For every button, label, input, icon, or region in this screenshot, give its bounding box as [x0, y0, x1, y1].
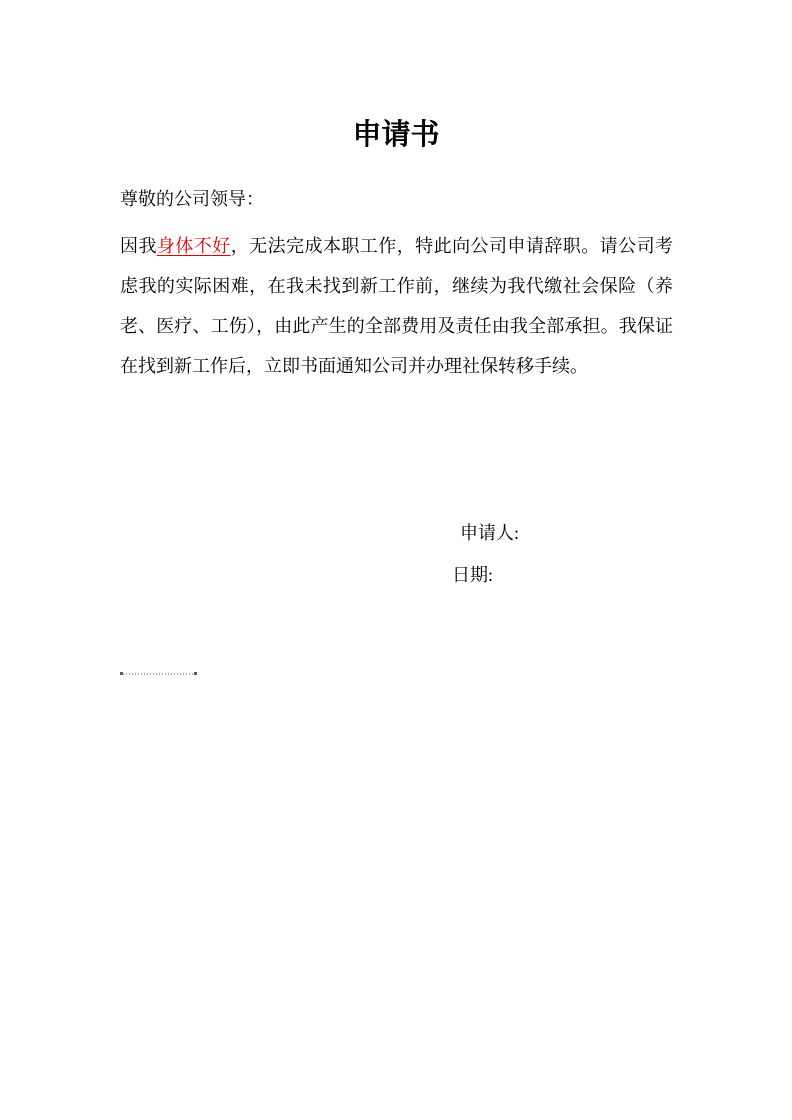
dotted-line-endcap-left [120, 672, 123, 675]
applicant-label: 申请人: [460, 521, 519, 545]
body-text-rest: ，无法完成本职工作，特此向公司申请辞职。请公司考虑我的实际困难，在我未找到新工作… [120, 236, 673, 376]
body-text-prefix: 因我 [120, 236, 157, 256]
dotted-line-endcap-right [194, 672, 197, 675]
document-page: 申请书 尊敬的公司领导： 因我身体不好，无法完成本职工作，特此向公司申请辞职。请… [0, 0, 792, 1120]
dotted-placeholder-line [120, 673, 197, 675]
date-label: 日期: [452, 563, 493, 587]
highlighted-reason-text: 身体不好 [157, 236, 231, 256]
greeting-line: 尊敬的公司领导： [120, 187, 264, 211]
body-paragraph: 因我身体不好，无法完成本职工作，特此向公司申请辞职。请公司考虑我的实际困难，在我… [120, 226, 673, 386]
document-title: 申请书 [0, 119, 792, 151]
